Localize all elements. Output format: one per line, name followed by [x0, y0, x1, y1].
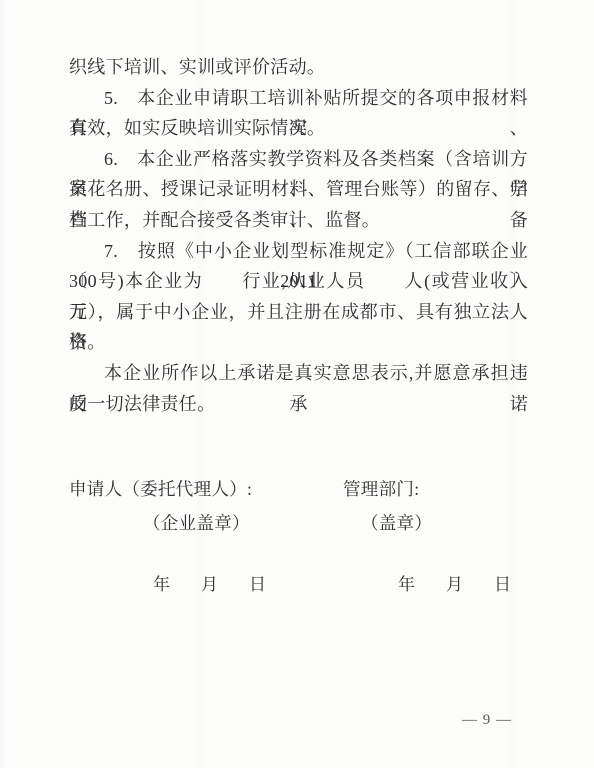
- text-line: 本企业所作以上承诺是真实意思表示,并愿意承担违反承诺: [69, 358, 528, 389]
- date-day-label: 日: [249, 570, 266, 595]
- document-page: 织线下培训、实训或评价活动。 5. 本企业申请职工培训补贴所提交的各项申报材料真…: [0, 0, 594, 768]
- text-line: 7. 按照《中小企业划型标准规定》（工信部联企业〔2011〕: [69, 236, 528, 267]
- body-text: 织线下培训、实训或评价活动。 5. 本企业申请职工培训补贴所提交的各项申报材料真…: [69, 52, 528, 419]
- text-line: 元），属于中小企业，并且注册在成都市、具有独立法人资: [69, 297, 528, 328]
- text-line: 300号)本企业为 行业,从业人员 人(或营业收入 万: [69, 266, 528, 297]
- department-label: 管理部门:: [343, 476, 419, 501]
- department-seal-label: （盖章）: [361, 510, 432, 535]
- text-line: 5. 本企业申请职工培训补贴所提交的各项申报材料真实、: [69, 83, 528, 114]
- date-month-label: 月: [446, 570, 463, 595]
- applicant-seal-label: （企业盖章）: [143, 510, 250, 535]
- date-month-label: 月: [201, 570, 218, 595]
- date-year-label: 年: [398, 570, 415, 595]
- text-line: 织线下培训、实训或评价活动。: [69, 52, 528, 83]
- text-line: 格。: [69, 327, 528, 358]
- page-number: — 9 —: [462, 712, 512, 729]
- date-day-label: 日: [494, 570, 511, 595]
- applicant-date-line: 年 月 日: [153, 570, 266, 595]
- text-line: 6. 本企业严格落实教学资料及各类档案（含培训方案、学: [69, 144, 528, 175]
- applicant-label: 申请人（委托代理人）:: [69, 476, 252, 501]
- department-date-line: 年 月 日: [398, 570, 511, 595]
- text-line: 员花名册、授课记录证明材料、管理台账等）的留存、归档、备: [69, 174, 528, 205]
- date-year-label: 年: [153, 570, 170, 595]
